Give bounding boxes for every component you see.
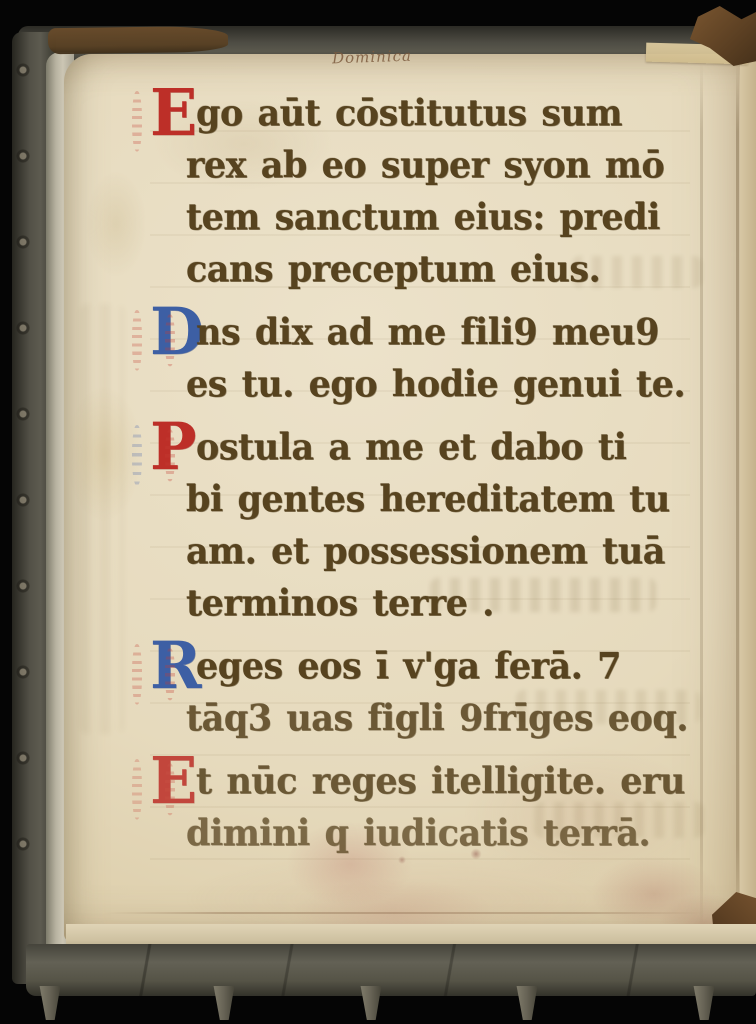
manuscript-line: bi gentes hereditatem tu bbox=[150, 473, 690, 527]
manuscript-line-text: es tu. ego hodie genui te. bbox=[186, 363, 685, 406]
penwork-flourish bbox=[132, 759, 142, 819]
manuscript-line-text: tem sanctum eius: predi bbox=[186, 196, 660, 239]
metal-bosses bbox=[16, 60, 30, 920]
penwork-flourish bbox=[132, 91, 142, 151]
leather-fragment-top-left bbox=[48, 26, 228, 55]
showthrough-margin bbox=[80, 304, 124, 734]
manuscript-line: Postula a me et dabo ti bbox=[150, 421, 690, 475]
manuscript-line-text: go aūt cōstitutus sum bbox=[196, 92, 622, 135]
manuscript-line: am. et possessionem tuā bbox=[150, 525, 690, 579]
illuminated-initial: R bbox=[150, 645, 196, 687]
manuscript-line-text: dimini q iudicatis terrā. bbox=[186, 812, 650, 855]
parchment-page: Dominica Ego aūt cōstitutus sum rex ab e… bbox=[64, 54, 756, 942]
illuminated-initial: P bbox=[150, 426, 196, 468]
manuscript-line-text: cans preceptum eius. bbox=[186, 248, 600, 291]
manuscript-line-text: bi gentes hereditatem tu bbox=[186, 478, 670, 521]
manuscript-line-text: eges eos ī v'ga ferā. 7 bbox=[196, 645, 621, 688]
page-crease bbox=[700, 62, 703, 932]
manuscript-line: Ego aūt cōstitutus sum bbox=[150, 87, 690, 141]
manuscript-line-text: tāq3 uas figli 9frīges eoq. bbox=[186, 697, 688, 740]
manuscript-line: es tu. ego hodie genui te. bbox=[150, 358, 690, 412]
header-annotation: Dominica bbox=[332, 47, 412, 68]
manuscript-line: Dns dix ad me fili9 meu9 bbox=[150, 306, 690, 360]
illuminated-initial: E bbox=[150, 760, 196, 802]
manuscript-line: tāq3 uas figli 9frīges eoq. bbox=[150, 692, 690, 746]
book-cover-bottom-edge bbox=[26, 944, 756, 996]
parchment-patch-seam bbox=[104, 912, 704, 914]
manuscript-line-text: rex ab eo super syon mō bbox=[186, 144, 664, 187]
illuminated-initial: E bbox=[150, 92, 196, 134]
manuscript-line: cans preceptum eius. bbox=[150, 243, 690, 297]
manuscript-line: dimini q iudicatis terrā. bbox=[150, 807, 690, 861]
penwork-flourish bbox=[132, 310, 142, 370]
page-gutter-edge bbox=[740, 54, 756, 942]
metal-foot bbox=[514, 986, 540, 1020]
manuscript-line: terminos terre . bbox=[150, 577, 690, 631]
manuscript-photo: Dominica Ego aūt cōstitutus sum rex ab e… bbox=[0, 0, 756, 1024]
metal-foot bbox=[691, 986, 717, 1020]
manuscript-line-text: t nūc reges itelligite. eru bbox=[196, 760, 685, 803]
penwork-flourish bbox=[132, 644, 142, 704]
manuscript-line-text: am. et possessionem tuā bbox=[186, 530, 665, 573]
illuminated-initial: D bbox=[150, 311, 196, 353]
metal-foot bbox=[211, 986, 237, 1020]
manuscript-line: rex ab eo super syon mō bbox=[150, 139, 690, 193]
manuscript-line: Et nūc reges itelligite. eru bbox=[150, 755, 690, 809]
penwork-flourish bbox=[132, 425, 142, 485]
manuscript-line: tem sanctum eius: predi bbox=[150, 191, 690, 245]
page-crease bbox=[736, 62, 739, 932]
metal-foot bbox=[37, 986, 63, 1020]
manuscript-line-text: ns dix ad me fili9 meu9 bbox=[196, 311, 659, 354]
manuscript-line-text: ostula a me et dabo ti bbox=[196, 426, 626, 469]
text-block: Ego aūt cōstitutus sum rex ab eo super s… bbox=[150, 88, 690, 860]
manuscript-line-text: terminos terre . bbox=[186, 582, 494, 625]
metal-foot bbox=[358, 986, 384, 1020]
manuscript-line: Reges eos ī v'ga ferā. 7 bbox=[150, 640, 690, 694]
